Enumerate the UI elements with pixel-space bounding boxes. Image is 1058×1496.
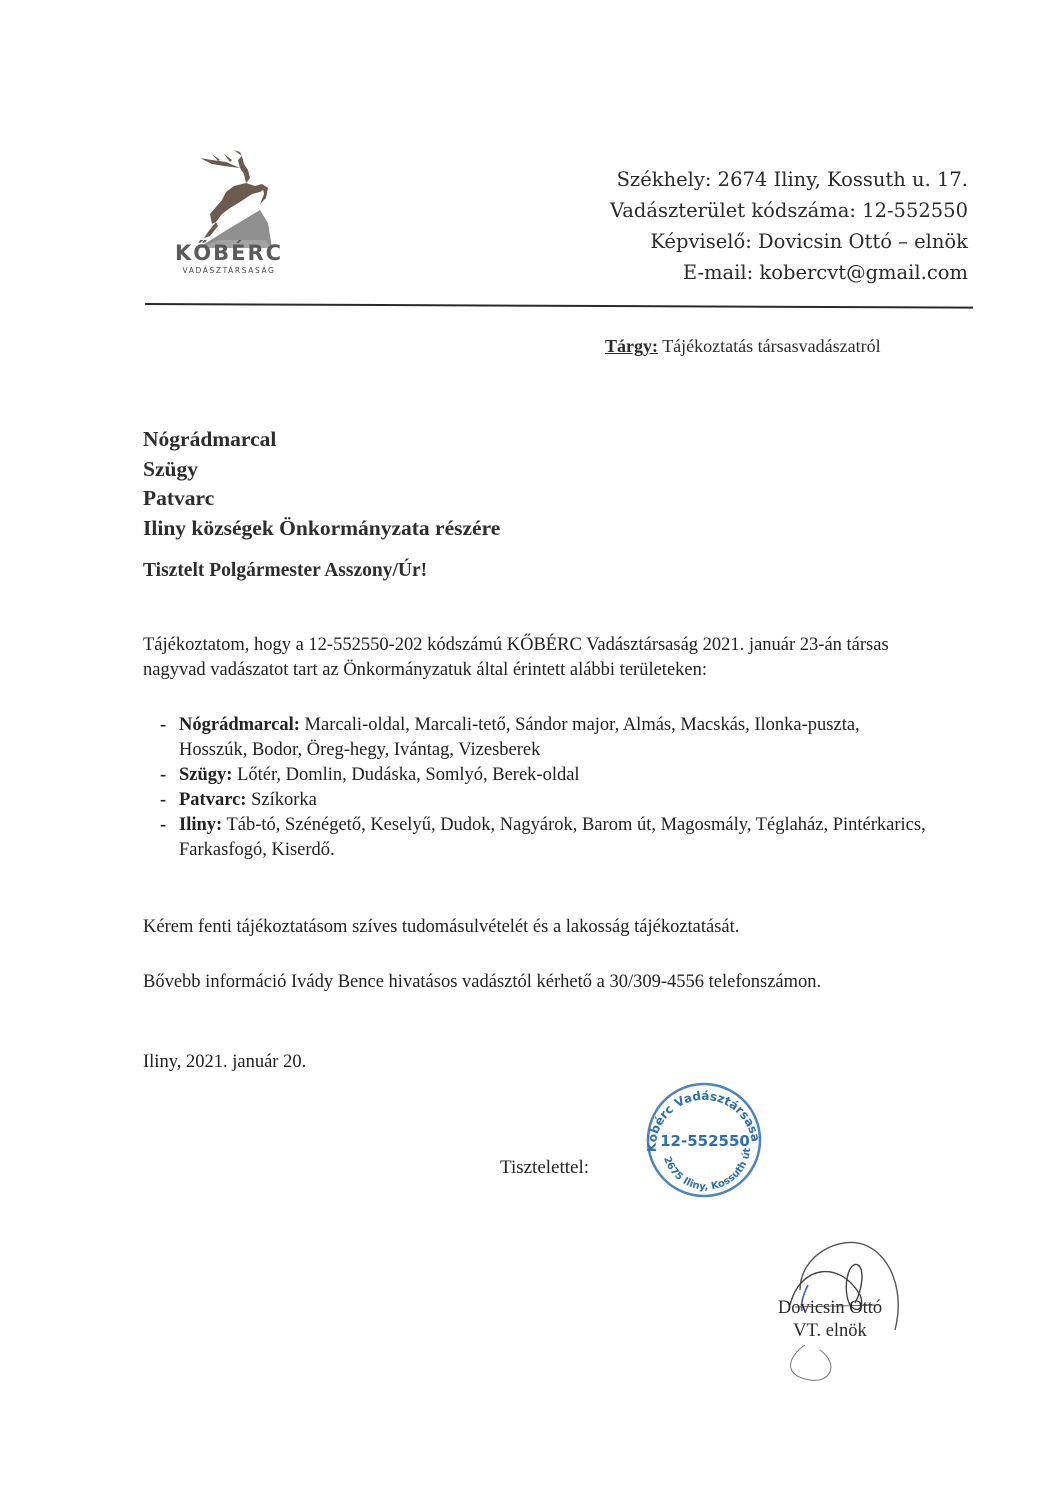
area-village: Nógrádmarcal:	[179, 715, 300, 735]
intro-paragraph: Tájékoztatom, hogy a 12-552550-202 kódsz…	[143, 633, 933, 683]
salutation: Tisztelt Polgármester Asszony/Úr!	[143, 560, 427, 582]
signer-title: VT. elnök	[760, 1320, 900, 1343]
area-places: Táb-tó, Szénégető, Keselyű, Dudok, Nagyá…	[179, 815, 926, 860]
contact-info-paragraph: Bővebb információ Ivády Bence hivatásos …	[143, 970, 821, 995]
area-village: Szügy:	[179, 765, 232, 785]
logo-subtitle: VADÁSZTÁRSASÁG	[164, 266, 294, 275]
recipient-line: Nógrádmarcal	[143, 425, 500, 455]
signer-block: Dovicsin Ottó VT. elnök	[760, 1297, 900, 1343]
closing: Tisztelettel:	[500, 1157, 589, 1179]
header-divider	[145, 303, 973, 309]
area-village: Iliny:	[179, 815, 222, 835]
letterhead-representative: Képviselő: Dovicsin Ottó – elnök	[610, 226, 968, 257]
subject-text: Tájékoztatás társasvadászatról	[662, 336, 880, 356]
area-item: Nógrádmarcal: Marcali-oldal, Marcali-tet…	[160, 713, 930, 763]
area-item: Szügy: Lőtér, Domlin, Dudáska, Somlyó, B…	[160, 763, 930, 788]
recipient-line: Patvarc	[143, 484, 500, 514]
recipient-line: Szügy	[143, 455, 500, 485]
stamp-code: 12-552550	[660, 1132, 750, 1150]
subject-line: Tárgy: Tájékoztatás társasvadászatról	[605, 336, 881, 357]
stamp-icon: Kőbérc Vadásztársaság 12-552550 2675 Ili…	[634, 1080, 774, 1200]
subject-label: Tárgy:	[605, 336, 658, 356]
letterhead-email: E-mail: kobercvt@gmail.com	[610, 257, 968, 288]
area-places: Lőtér, Domlin, Dudáska, Somlyó, Berek-ol…	[237, 765, 579, 785]
request-paragraph: Kérem fenti tájékoztatásom szíves tudomá…	[143, 915, 739, 940]
letterhead-address: Székhely: 2674 Iliny, Kossuth u. 17.	[610, 164, 968, 195]
area-item: Patvarc: Szíkorka	[160, 788, 930, 813]
letterhead-area-code: Vadászterület kódszáma: 12-552550	[610, 195, 968, 226]
date-line: Iliny, 2021. január 20.	[143, 1052, 306, 1073]
area-list: Nógrádmarcal: Marcali-oldal, Marcali-tet…	[160, 713, 930, 863]
area-item: Iliny: Táb-tó, Szénégető, Keselyű, Dudok…	[160, 813, 930, 863]
signer-name: Dovicsin Ottó	[760, 1297, 900, 1320]
recipient-line: Iliny községek Önkormányzata részére	[143, 514, 500, 544]
area-village: Patvarc:	[179, 790, 246, 810]
logo-wordmark: KŐBÉRC	[164, 241, 294, 265]
recipient-block: Nógrádmarcal Szügy Patvarc Iliny községe…	[143, 425, 500, 543]
letterhead-contact: Székhely: 2674 Iliny, Kossuth u. 17. Vad…	[610, 164, 968, 288]
area-places: Szíkorka	[251, 790, 317, 810]
